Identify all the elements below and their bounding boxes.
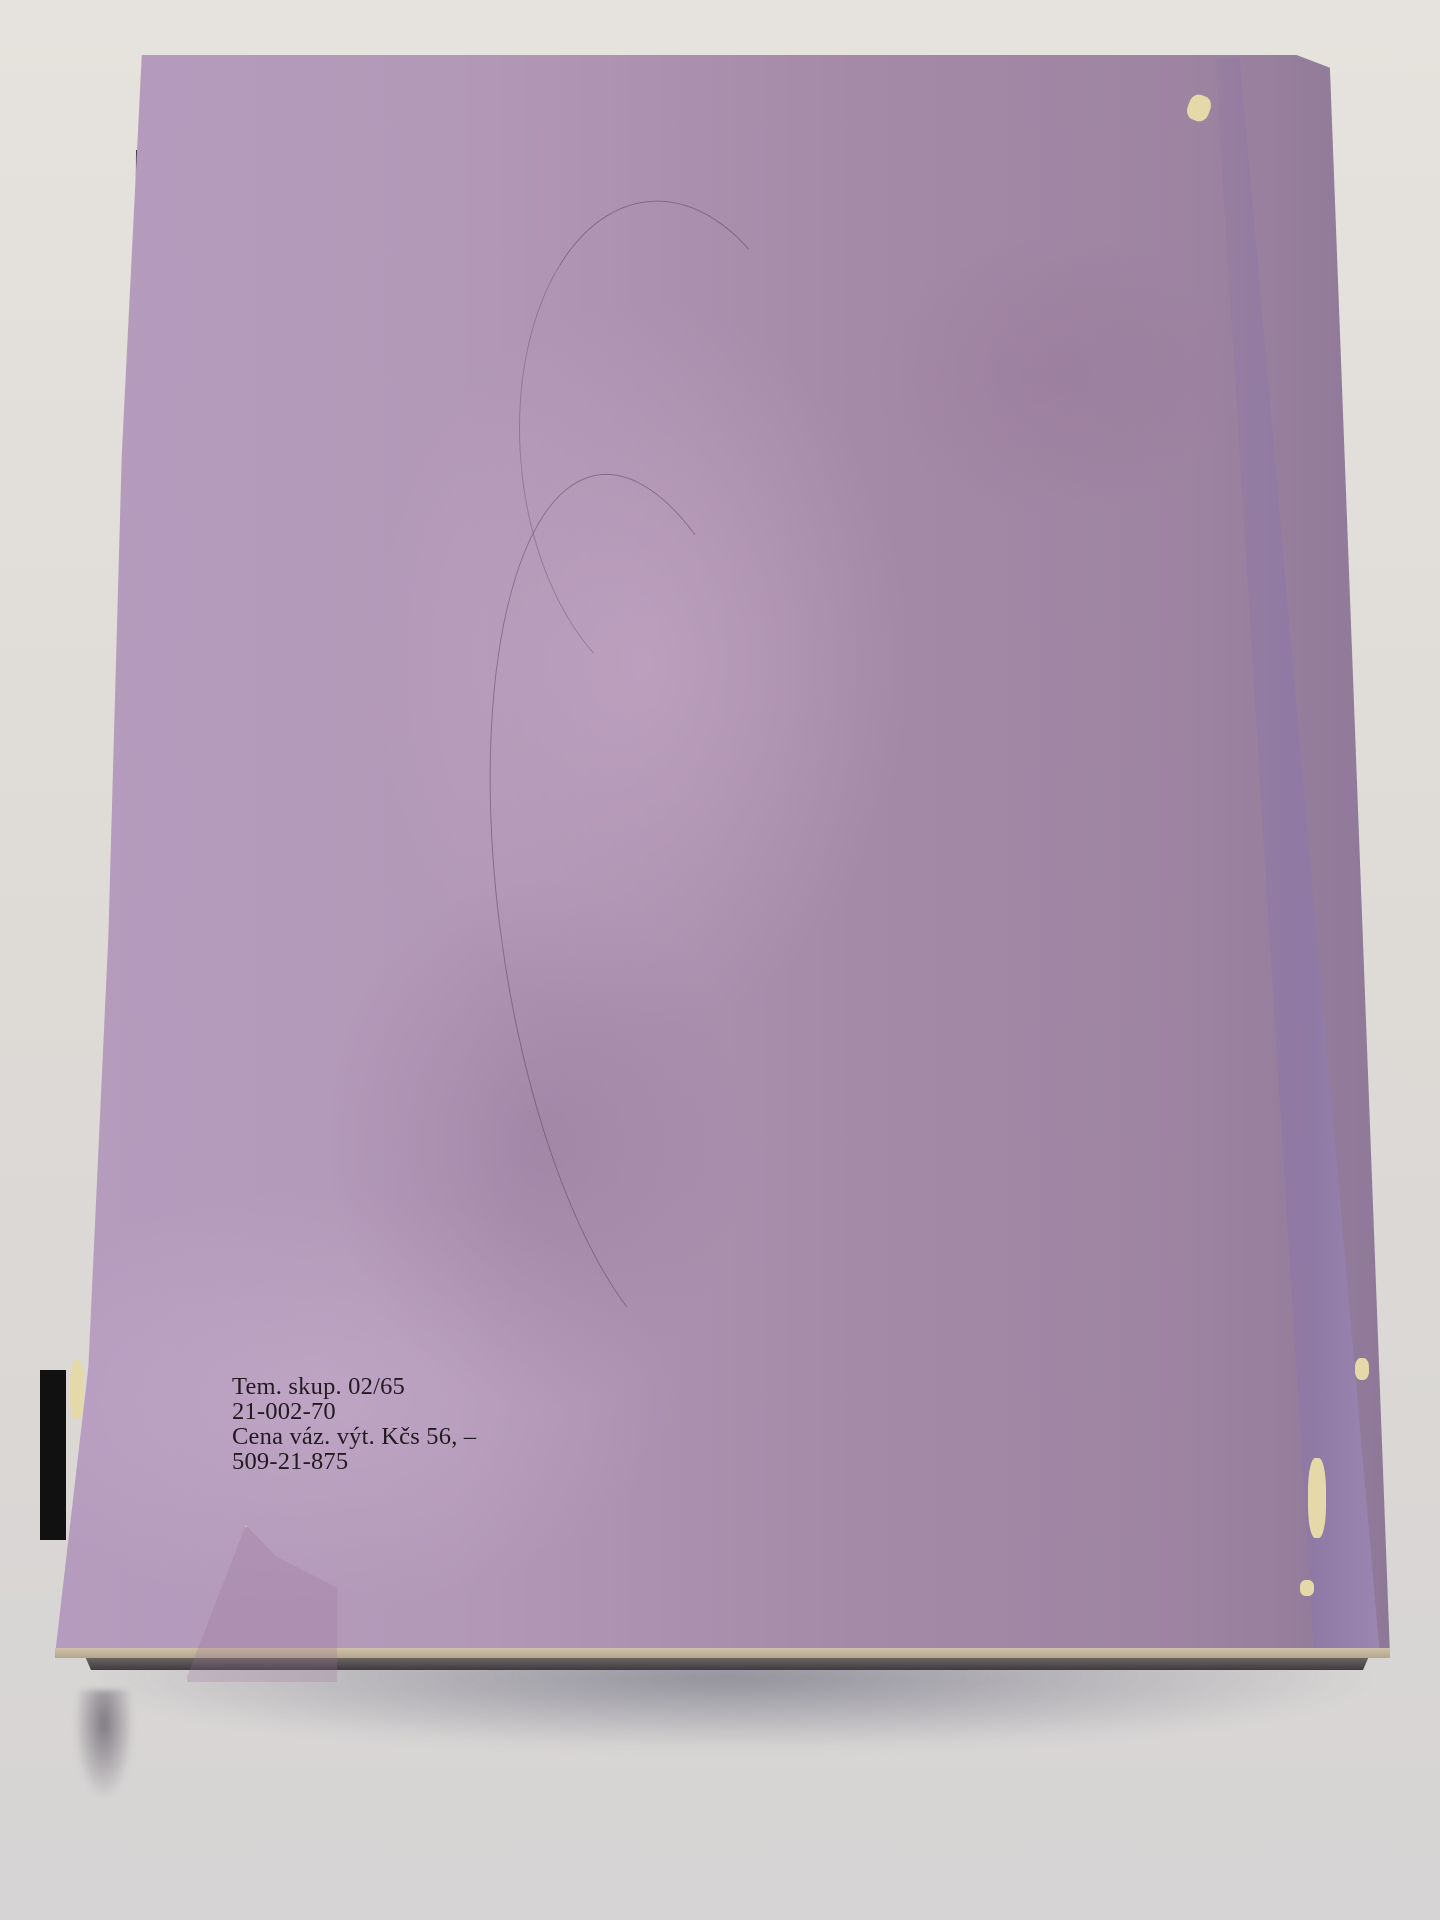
publisher-imprint: Tem. skup. 02/65 21-002-70 Cena váz. výt… <box>232 1374 476 1474</box>
worn-spot <box>1300 1580 1314 1596</box>
black-spine-tab <box>40 1370 66 1540</box>
imprint-code: 21-002-70 <box>232 1399 476 1424</box>
imprint-price: Cena váz. výt. Kčs 56, – <box>232 1424 476 1449</box>
loose-thread <box>74 1690 134 1800</box>
worn-spot <box>1308 1458 1326 1538</box>
worn-spot <box>1355 1358 1369 1380</box>
imprint-thematic-group: Tem. skup. 02/65 <box>232 1374 476 1399</box>
worn-spot <box>70 1360 84 1420</box>
imprint-number: 509-21-875 <box>232 1449 476 1474</box>
photo-scene: Tem. skup. 02/65 21-002-70 Cena váz. výt… <box>0 0 1440 1920</box>
